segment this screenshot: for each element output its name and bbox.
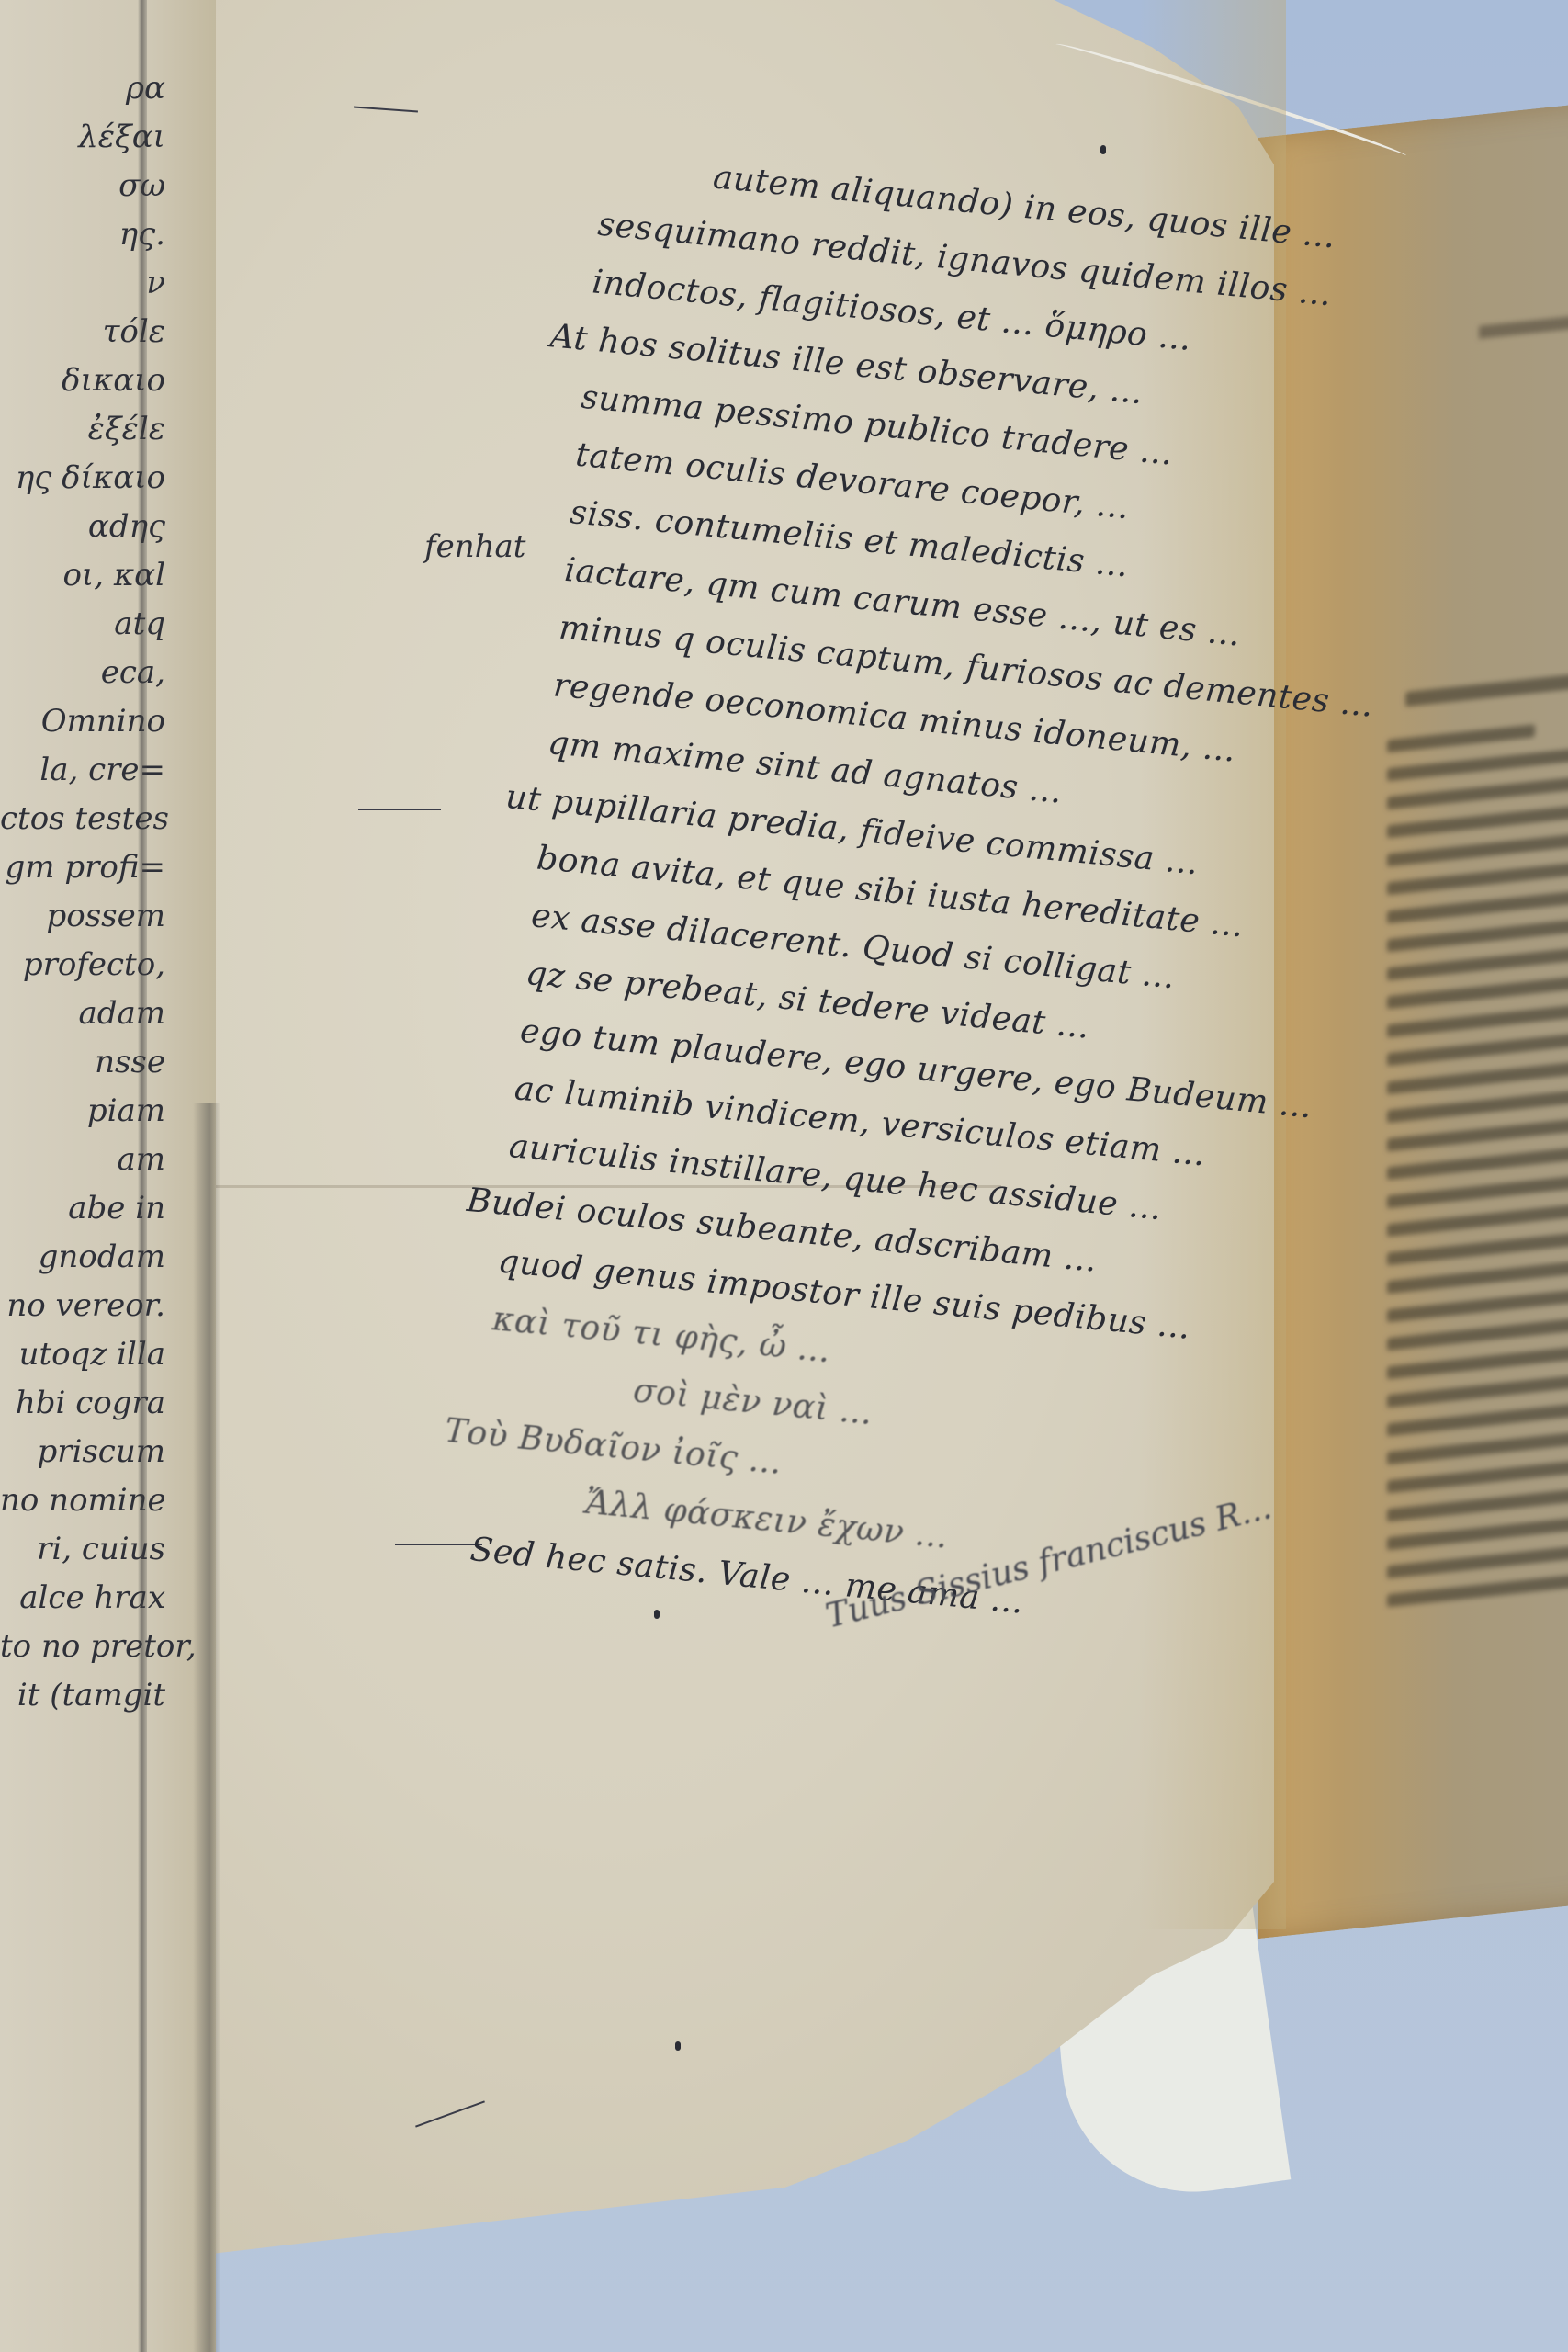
printed-line	[1387, 917, 1568, 952]
margin-tick-mark	[395, 1543, 482, 1545]
left-page-line: adam	[0, 989, 184, 1038]
printed-line	[1387, 833, 1568, 867]
left-page-line: τόlε	[0, 308, 184, 356]
sheet-edge-shadow	[193, 1102, 220, 2352]
printed-heading	[1405, 673, 1568, 707]
printed-line	[1387, 1117, 1568, 1151]
left-page-line: ρα	[0, 64, 184, 113]
left-page-line: gm profi=	[0, 843, 184, 892]
printed-line	[1387, 1259, 1568, 1294]
left-page-line: no vereor.	[0, 1282, 184, 1330]
printed-line	[1387, 1031, 1568, 1066]
printed-line	[1387, 1543, 1568, 1578]
ink-dot	[675, 2041, 681, 2051]
left-page-line: atq	[0, 600, 184, 649]
printed-line	[1387, 1288, 1568, 1322]
left-page-line: ri, cuius	[0, 1525, 184, 1574]
left-page-line: no nomine	[0, 1476, 184, 1525]
left-page-line: abe in	[0, 1184, 184, 1233]
margin-tick-mark	[358, 808, 441, 810]
left-page-line: priscum	[0, 1428, 184, 1476]
left-page-line: οι, καl	[0, 551, 184, 600]
left-page-line: ctos testes	[0, 795, 184, 843]
ink-dot	[1100, 145, 1106, 154]
printed-line	[1387, 1516, 1568, 1551]
margin-annotation: fenhat	[424, 528, 525, 565]
left-page-line: hbi cogra	[0, 1379, 184, 1428]
printed-line	[1387, 1459, 1568, 1493]
left-page-line: ἐξέlε	[0, 405, 184, 454]
printed-line	[1387, 746, 1568, 781]
printed-line	[1387, 889, 1568, 924]
printed-line	[1387, 1003, 1568, 1037]
printed-line	[1387, 1373, 1568, 1408]
left-page-line: utoqz illa	[0, 1330, 184, 1379]
left-page-line: Omnino	[0, 697, 184, 746]
left-page-line: ης δίκαιο	[0, 454, 184, 503]
printed-line	[1387, 1145, 1568, 1180]
printed-line	[1387, 1232, 1568, 1266]
left-page-line: σω	[0, 162, 184, 210]
left-page-line: profecto,	[0, 941, 184, 989]
printed-line	[1387, 1403, 1568, 1436]
left-page-line: δικαιο	[0, 356, 184, 405]
gutter-shadow	[138, 0, 147, 2352]
printed-line	[1387, 1574, 1568, 1608]
handwritten-letter: autem aliquando) in eos, quos ille ... s…	[468, 138, 1429, 1657]
printed-line	[1387, 1174, 1568, 1209]
left-page-line: nsse	[0, 1038, 184, 1087]
printed-line	[1387, 724, 1535, 752]
left-page-line: alce hrax	[0, 1574, 184, 1623]
left-page-line: ης.	[0, 210, 184, 259]
left-page-line: eca,	[0, 649, 184, 697]
printed-running-head	[1479, 315, 1568, 339]
left-page-line: αdης	[0, 503, 184, 551]
left-page-line: ν	[0, 259, 184, 308]
left-page-text: ρα λέξαι σω ης. ν τόlε δικαιο ἐξέlε ης δ…	[0, 64, 184, 1720]
left-page-line: gnodam	[0, 1233, 184, 1282]
printed-line	[1387, 803, 1568, 838]
left-page-line: piam	[0, 1087, 184, 1136]
printed-line	[1387, 946, 1568, 980]
left-page-line: it (tamgit	[0, 1671, 184, 1720]
left-page-line: am	[0, 1136, 184, 1184]
printed-line	[1387, 1487, 1568, 1521]
printed-line	[1387, 775, 1568, 809]
printed-line	[1387, 1345, 1568, 1379]
ink-dot	[654, 1610, 660, 1619]
photograph-scene: ρα λέξαι σω ης. ν τόlε δικαιο ἐξέlε ης δ…	[0, 0, 1568, 2352]
left-manuscript-page: ρα λέξαι σω ης. ν τόlε δικαιο ἐξέlε ης δ…	[0, 0, 216, 2352]
printed-line	[1387, 974, 1568, 1009]
printed-text-block	[1387, 718, 1568, 1623]
left-page-line: possem	[0, 892, 184, 941]
printed-line	[1387, 1316, 1568, 1351]
printed-line	[1387, 1088, 1568, 1123]
printed-line	[1387, 1202, 1568, 1237]
left-page-line: to no pretor,	[0, 1623, 184, 1671]
printed-line	[1387, 1430, 1568, 1464]
printed-line	[1387, 1061, 1568, 1094]
printed-line	[1387, 860, 1568, 895]
left-page-line: la, cre=	[0, 746, 184, 795]
left-page-line: λέξαι	[0, 113, 184, 162]
